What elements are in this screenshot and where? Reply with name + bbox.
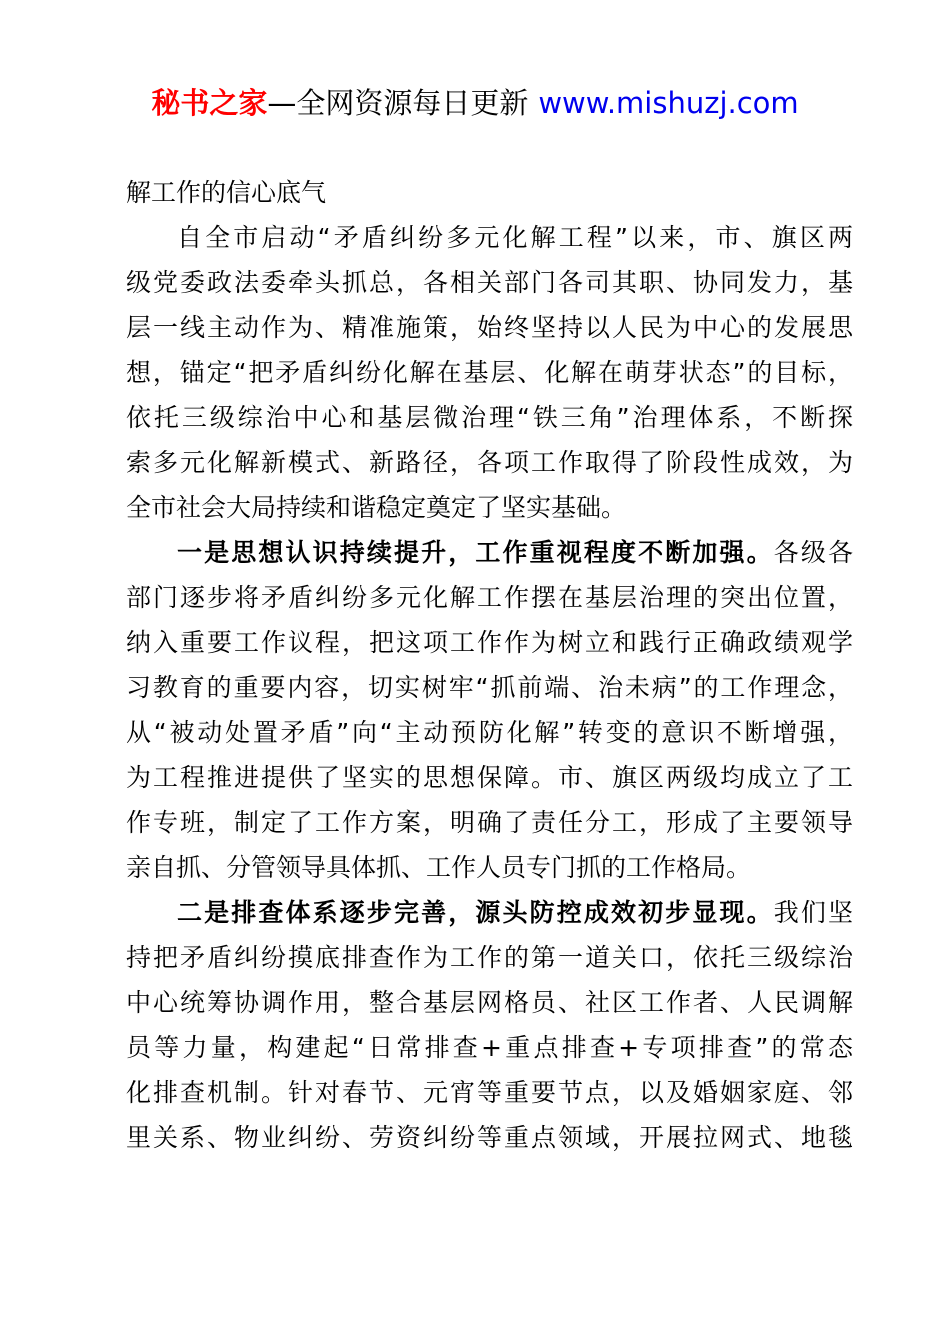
text-line: 员等力量，构建起“日常排查+重点排查+专项排查”的常态 — [126, 1025, 853, 1070]
text-line: 中心统筹协调作用，整合基层网格员、社区工作者、人民调解 — [126, 980, 853, 1025]
text-segment: 中心统筹协调作用，整合基层网格员、社区工作者、人民调解 — [126, 988, 853, 1017]
text-line: 索多元化解新模式、新路径，各项工作取得了阶段性成效，为 — [126, 440, 853, 485]
text-line: 持把矛盾纠纷摸底排查作为工作的第一道关口，依托三级综治 — [126, 935, 853, 980]
text-segment-bold: 二是排查体系逐步完善，源头防控成效初步显现。 — [177, 898, 774, 927]
text-line: 部门逐步将矛盾纠纷多元化解工作摆在基层治理的突出位置， — [126, 575, 853, 620]
text-line: 为工程推进提供了坚实的思想保障。市、旗区两级均成立了工 — [126, 755, 853, 800]
text-line: 作专班，制定了工作方案，明确了责任分工，形成了主要领导 — [126, 800, 853, 845]
document-body: 解工作的信心底气自全市启动“矛盾纠纷多元化解工程”以来，市、旗区两级党委政法委牵… — [126, 170, 853, 1160]
text-segment: 想，锚定“把矛盾纠纷化解在基层、化解在萌芽状态”的目标， — [126, 358, 853, 387]
text-segment: 各级各 — [774, 538, 853, 567]
text-line: 亲自抓、分管领导具体抓、工作人员专门抓的工作格局。 — [126, 845, 853, 890]
text-line: 自全市启动“矛盾纠纷多元化解工程”以来，市、旗区两 — [126, 215, 853, 260]
text-segment: 化排查机制。针对春节、元宵等重要节点，以及婚姻家庭、邻 — [126, 1078, 853, 1107]
text-line: 想，锚定“把矛盾纠纷化解在基层、化解在萌芽状态”的目标， — [126, 350, 853, 395]
text-line: 纳入重要工作议程，把这项工作作为树立和践行正确政绩观学 — [126, 620, 853, 665]
text-segment-bold: 一是思想认识持续提升，工作重视程度不断加强。 — [177, 538, 774, 567]
text-segment: 亲自抓、分管领导具体抓、工作人员专门抓的工作格局。 — [126, 853, 751, 882]
site-name: 秘书之家 — [151, 86, 267, 120]
text-segment: 级党委政法委牵头抓总，各相关部门各司其职、协同发力，基 — [126, 268, 853, 297]
text-line: 二是排查体系逐步完善，源头防控成效初步显现。我们坚 — [126, 890, 853, 935]
text-segment: 层一线主动作为、精准施策，始终坚持以人民为中心的发展思 — [126, 313, 853, 342]
text-segment: 持把矛盾纠纷摸底排查作为工作的第一道关口，依托三级综治 — [126, 943, 853, 972]
text-segment: 自全市启动“矛盾纠纷多元化解工程”以来，市、旗区两 — [177, 223, 853, 252]
document-page: 秘书之家—全网资源每日更新www.mishuzj.com 解工作的信心底气自全市… — [0, 0, 950, 1344]
text-segment: 全市社会大局持续和谐稳定奠定了坚实基础。 — [126, 493, 626, 522]
text-segment: 索多元化解新模式、新路径，各项工作取得了阶段性成效，为 — [126, 448, 853, 477]
text-segment: 作专班，制定了工作方案，明确了责任分工，形成了主要领导 — [126, 808, 853, 837]
text-segment: 部门逐步将矛盾纠纷多元化解工作摆在基层治理的突出位置， — [126, 583, 853, 612]
text-segment: 员等力量，构建起“日常排查+重点排查+专项排查”的常态 — [126, 1033, 853, 1062]
text-line: 化排查机制。针对春节、元宵等重要节点，以及婚姻家庭、邻 — [126, 1070, 853, 1115]
text-line: 全市社会大局持续和谐稳定奠定了坚实基础。 — [126, 485, 853, 530]
text-line: 解工作的信心底气 — [126, 170, 853, 215]
text-segment: 纳入重要工作议程，把这项工作作为树立和践行正确政绩观学 — [126, 628, 853, 657]
text-segment: 依托三级综治中心和基层微治理“铁三角”治理体系，不断探 — [126, 403, 853, 432]
text-segment: 为工程推进提供了坚实的思想保障。市、旗区两级均成立了工 — [126, 763, 853, 792]
text-line: 层一线主动作为、精准施策，始终坚持以人民为中心的发展思 — [126, 305, 853, 350]
text-line: 习教育的重要内容，切实树牢“抓前端、治未病”的工作理念， — [126, 665, 853, 710]
text-segment: 解工作的信心底气 — [126, 178, 326, 207]
text-line: 一是思想认识持续提升，工作重视程度不断加强。各级各 — [126, 530, 853, 575]
text-segment: 我们坚 — [774, 898, 853, 927]
site-tagline: —全网资源每日更新 — [267, 86, 528, 120]
text-segment: 习教育的重要内容，切实树牢“抓前端、治未病”的工作理念， — [126, 673, 853, 702]
site-header: 秘书之家—全网资源每日更新www.mishuzj.com — [0, 84, 950, 122]
text-segment: 里关系、物业纠纷、劳资纠纷等重点领域，开展拉网式、地毯 — [126, 1123, 853, 1152]
text-line: 级党委政法委牵头抓总，各相关部门各司其职、协同发力，基 — [126, 260, 853, 305]
text-line: 依托三级综治中心和基层微治理“铁三角”治理体系，不断探 — [126, 395, 853, 440]
text-line: 从“被动处置矛盾”向“主动预防化解”转变的意识不断增强， — [126, 710, 853, 755]
text-segment: 从“被动处置矛盾”向“主动预防化解”转变的意识不断增强， — [126, 718, 853, 747]
site-url-link[interactable]: www.mishuzj.com — [538, 86, 798, 120]
text-line: 里关系、物业纠纷、劳资纠纷等重点领域，开展拉网式、地毯 — [126, 1115, 853, 1160]
